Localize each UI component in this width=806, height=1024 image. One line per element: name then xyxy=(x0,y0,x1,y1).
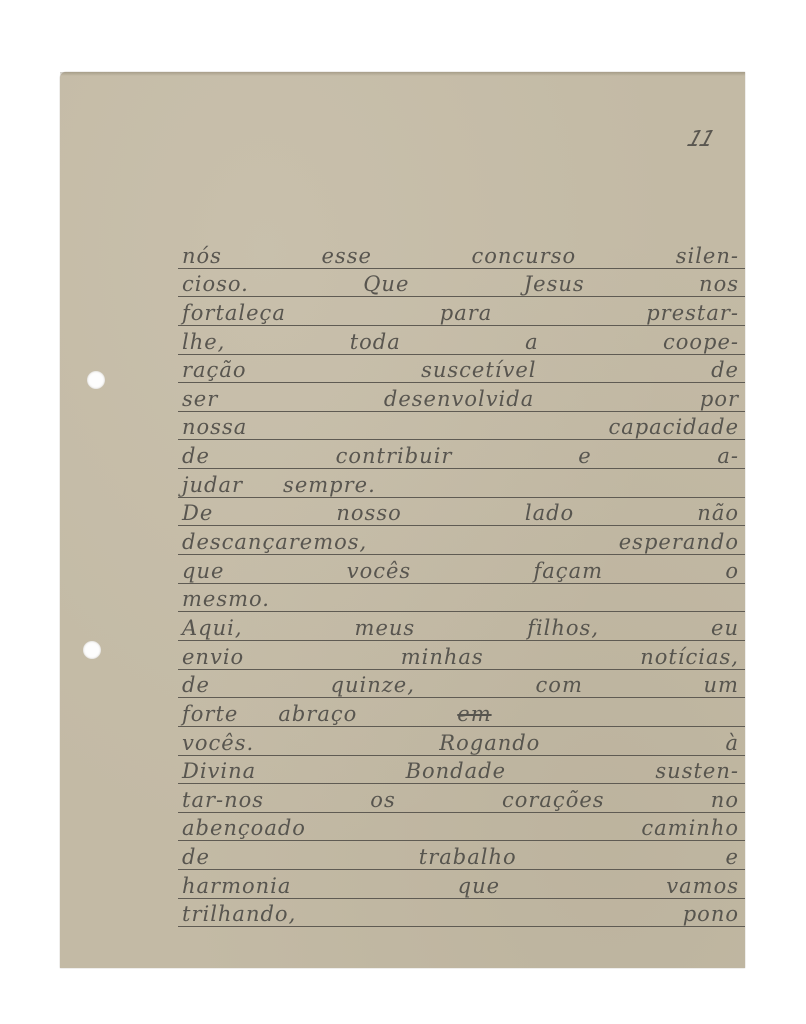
word: Rogando xyxy=(439,731,540,755)
word: filhos, xyxy=(527,616,599,640)
word: de xyxy=(182,673,210,697)
text-line: dequinze,comum xyxy=(178,670,745,699)
word: toda xyxy=(350,330,401,354)
word: cioso. xyxy=(182,272,249,296)
paper-edge-shadow xyxy=(60,72,745,76)
word: pono xyxy=(683,902,739,926)
text-line: fortaleçaparaprestar- xyxy=(178,297,745,326)
word: trilhando, xyxy=(182,902,296,926)
word: não xyxy=(697,501,739,525)
word: De xyxy=(182,501,213,525)
word: um xyxy=(704,673,739,697)
struck-word: em xyxy=(457,702,491,726)
text-line: detrabalhoe xyxy=(178,841,745,870)
word: e xyxy=(726,845,739,869)
handwritten-text: lhe,todaacoope- xyxy=(182,330,739,354)
handwritten-text: tar-nososcoraçõesno xyxy=(182,788,739,812)
word: suscetível xyxy=(421,358,536,382)
word: envio xyxy=(182,645,244,669)
word: silen- xyxy=(676,244,739,268)
handwritten-text: fortaleçaparaprestar- xyxy=(182,301,739,325)
text-line: Denossoladonão xyxy=(178,498,745,527)
handwritten-text: raçãosuscetívelde xyxy=(182,358,739,382)
text-line: quevocêsfaçamo xyxy=(178,555,745,584)
word: notícias, xyxy=(640,645,739,669)
handwritten-text: decontribuirea- xyxy=(182,444,739,468)
text-line: trilhando,pono xyxy=(178,899,745,928)
word: Divina xyxy=(182,759,256,783)
handwritten-text: vocês.Rogandoà xyxy=(182,731,739,755)
word: mesmo. xyxy=(182,587,270,611)
word: os xyxy=(370,788,395,812)
text-line: nósesseconcursosilen- xyxy=(178,240,745,269)
word: o xyxy=(725,559,739,583)
word: de xyxy=(711,358,739,382)
handwritten-text: harmoniaquevamos xyxy=(182,874,739,898)
handwritten-text: trilhando,pono xyxy=(182,902,739,926)
word: judar xyxy=(182,473,243,497)
handwritten-text: cioso.QueJesusnos xyxy=(182,272,739,296)
handwritten-text: enviominhasnotícias, xyxy=(182,645,739,669)
word: sempre. xyxy=(283,473,376,497)
handwritten-text: Denossoladonão xyxy=(182,501,739,525)
word: no xyxy=(711,788,739,812)
ruled-lines: nósesseconcursosilen-cioso.QueJesusnosfo… xyxy=(178,240,745,927)
word: meus xyxy=(355,616,416,640)
word: trabalho xyxy=(419,845,517,869)
word: nos xyxy=(699,272,739,296)
word: desenvolvida xyxy=(384,387,534,411)
word: nosso xyxy=(336,501,401,525)
text-line: serdesenvolvidapor xyxy=(178,383,745,412)
word: para xyxy=(440,301,493,325)
word: e xyxy=(578,444,591,468)
word: forte xyxy=(182,702,238,726)
word: prestar- xyxy=(646,301,739,325)
text-line: judarsempre. xyxy=(178,469,745,498)
word: harmonia xyxy=(182,874,291,898)
text-line: tar-nososcoraçõesno xyxy=(178,784,745,813)
text-line: harmoniaquevamos xyxy=(178,870,745,899)
word: concurso xyxy=(471,244,576,268)
word: Aqui, xyxy=(182,616,243,640)
word: capacidade xyxy=(608,415,739,439)
word: vocês xyxy=(347,559,411,583)
word: contribuir xyxy=(336,444,453,468)
handwritten-text: nósesseconcursosilen- xyxy=(182,244,739,268)
word: quinze, xyxy=(331,673,415,697)
word: vamos xyxy=(666,874,739,898)
handwritten-text: mesmo. xyxy=(182,587,739,611)
punch-hole-lower xyxy=(83,641,101,659)
word: de xyxy=(182,444,210,468)
word: corações xyxy=(502,788,605,812)
text-line: abençoadocaminho xyxy=(178,813,745,842)
text-line: decontribuirea- xyxy=(178,440,745,469)
handwritten-text: Aqui,meusfilhos,eu xyxy=(182,616,739,640)
word: descançaremos, xyxy=(182,530,367,554)
text-line: forteabraçoem xyxy=(178,698,745,727)
text-line: Aqui,meusfilhos,eu xyxy=(178,612,745,641)
handwritten-text: serdesenvolvidapor xyxy=(182,387,739,411)
word: eu xyxy=(711,616,739,640)
handwritten-text: detrabalhoe xyxy=(182,845,739,869)
handwritten-text: descançaremos,esperando xyxy=(182,530,739,554)
word: que xyxy=(458,874,500,898)
word: lado xyxy=(525,501,574,525)
word: com xyxy=(536,673,583,697)
handwritten-text: DivinaBondadesusten- xyxy=(182,759,739,783)
word: à xyxy=(725,731,739,755)
word: coope- xyxy=(663,330,739,354)
page-number: 11 xyxy=(684,127,716,152)
text-line: lhe,todaacoope- xyxy=(178,326,745,355)
text-line: descançaremos,esperando xyxy=(178,526,745,555)
word: a- xyxy=(717,444,739,468)
word: nossa xyxy=(182,415,247,439)
word: abraço xyxy=(278,702,357,726)
text-line: raçãosuscetívelde xyxy=(178,355,745,384)
word: caminho xyxy=(641,816,739,840)
word: lhe, xyxy=(182,330,225,354)
handwritten-text: forteabraçoem xyxy=(182,702,739,726)
handwritten-text: abençoadocaminho xyxy=(182,816,739,840)
word: esse xyxy=(322,244,372,268)
word: nós xyxy=(182,244,222,268)
handwritten-text: judarsempre. xyxy=(182,473,739,497)
word: vocês. xyxy=(182,731,254,755)
word: susten- xyxy=(655,759,739,783)
word: façam xyxy=(534,559,604,583)
word: Jesus xyxy=(524,272,585,296)
handwritten-text: quevocêsfaçamo xyxy=(182,559,739,583)
text-line: vocês.Rogandoà xyxy=(178,727,745,756)
text-line: mesmo. xyxy=(178,584,745,613)
word: esperando xyxy=(619,530,739,554)
text-line: DivinaBondadesusten- xyxy=(178,756,745,785)
word: de xyxy=(182,845,210,869)
word: fortaleça xyxy=(182,301,286,325)
text-line: enviominhasnotícias, xyxy=(178,641,745,670)
manuscript-page: 11 nósesseconcursosilen-cioso.QueJesusno… xyxy=(60,72,745,968)
word: Que xyxy=(363,272,409,296)
handwritten-text: dequinze,comum xyxy=(182,673,739,697)
word: ração xyxy=(182,358,246,382)
word: tar-nos xyxy=(182,788,264,812)
word: Bondade xyxy=(406,759,506,783)
word: por xyxy=(700,387,739,411)
text-line: nossacapacidade xyxy=(178,412,745,441)
word: minhas xyxy=(401,645,484,669)
punch-hole-upper xyxy=(87,371,105,389)
word: ser xyxy=(182,387,218,411)
word: a xyxy=(525,330,539,354)
handwritten-text: nossacapacidade xyxy=(182,415,739,439)
word: abençoado xyxy=(182,816,306,840)
word: que xyxy=(182,559,224,583)
text-line: cioso.QueJesusnos xyxy=(178,269,745,298)
